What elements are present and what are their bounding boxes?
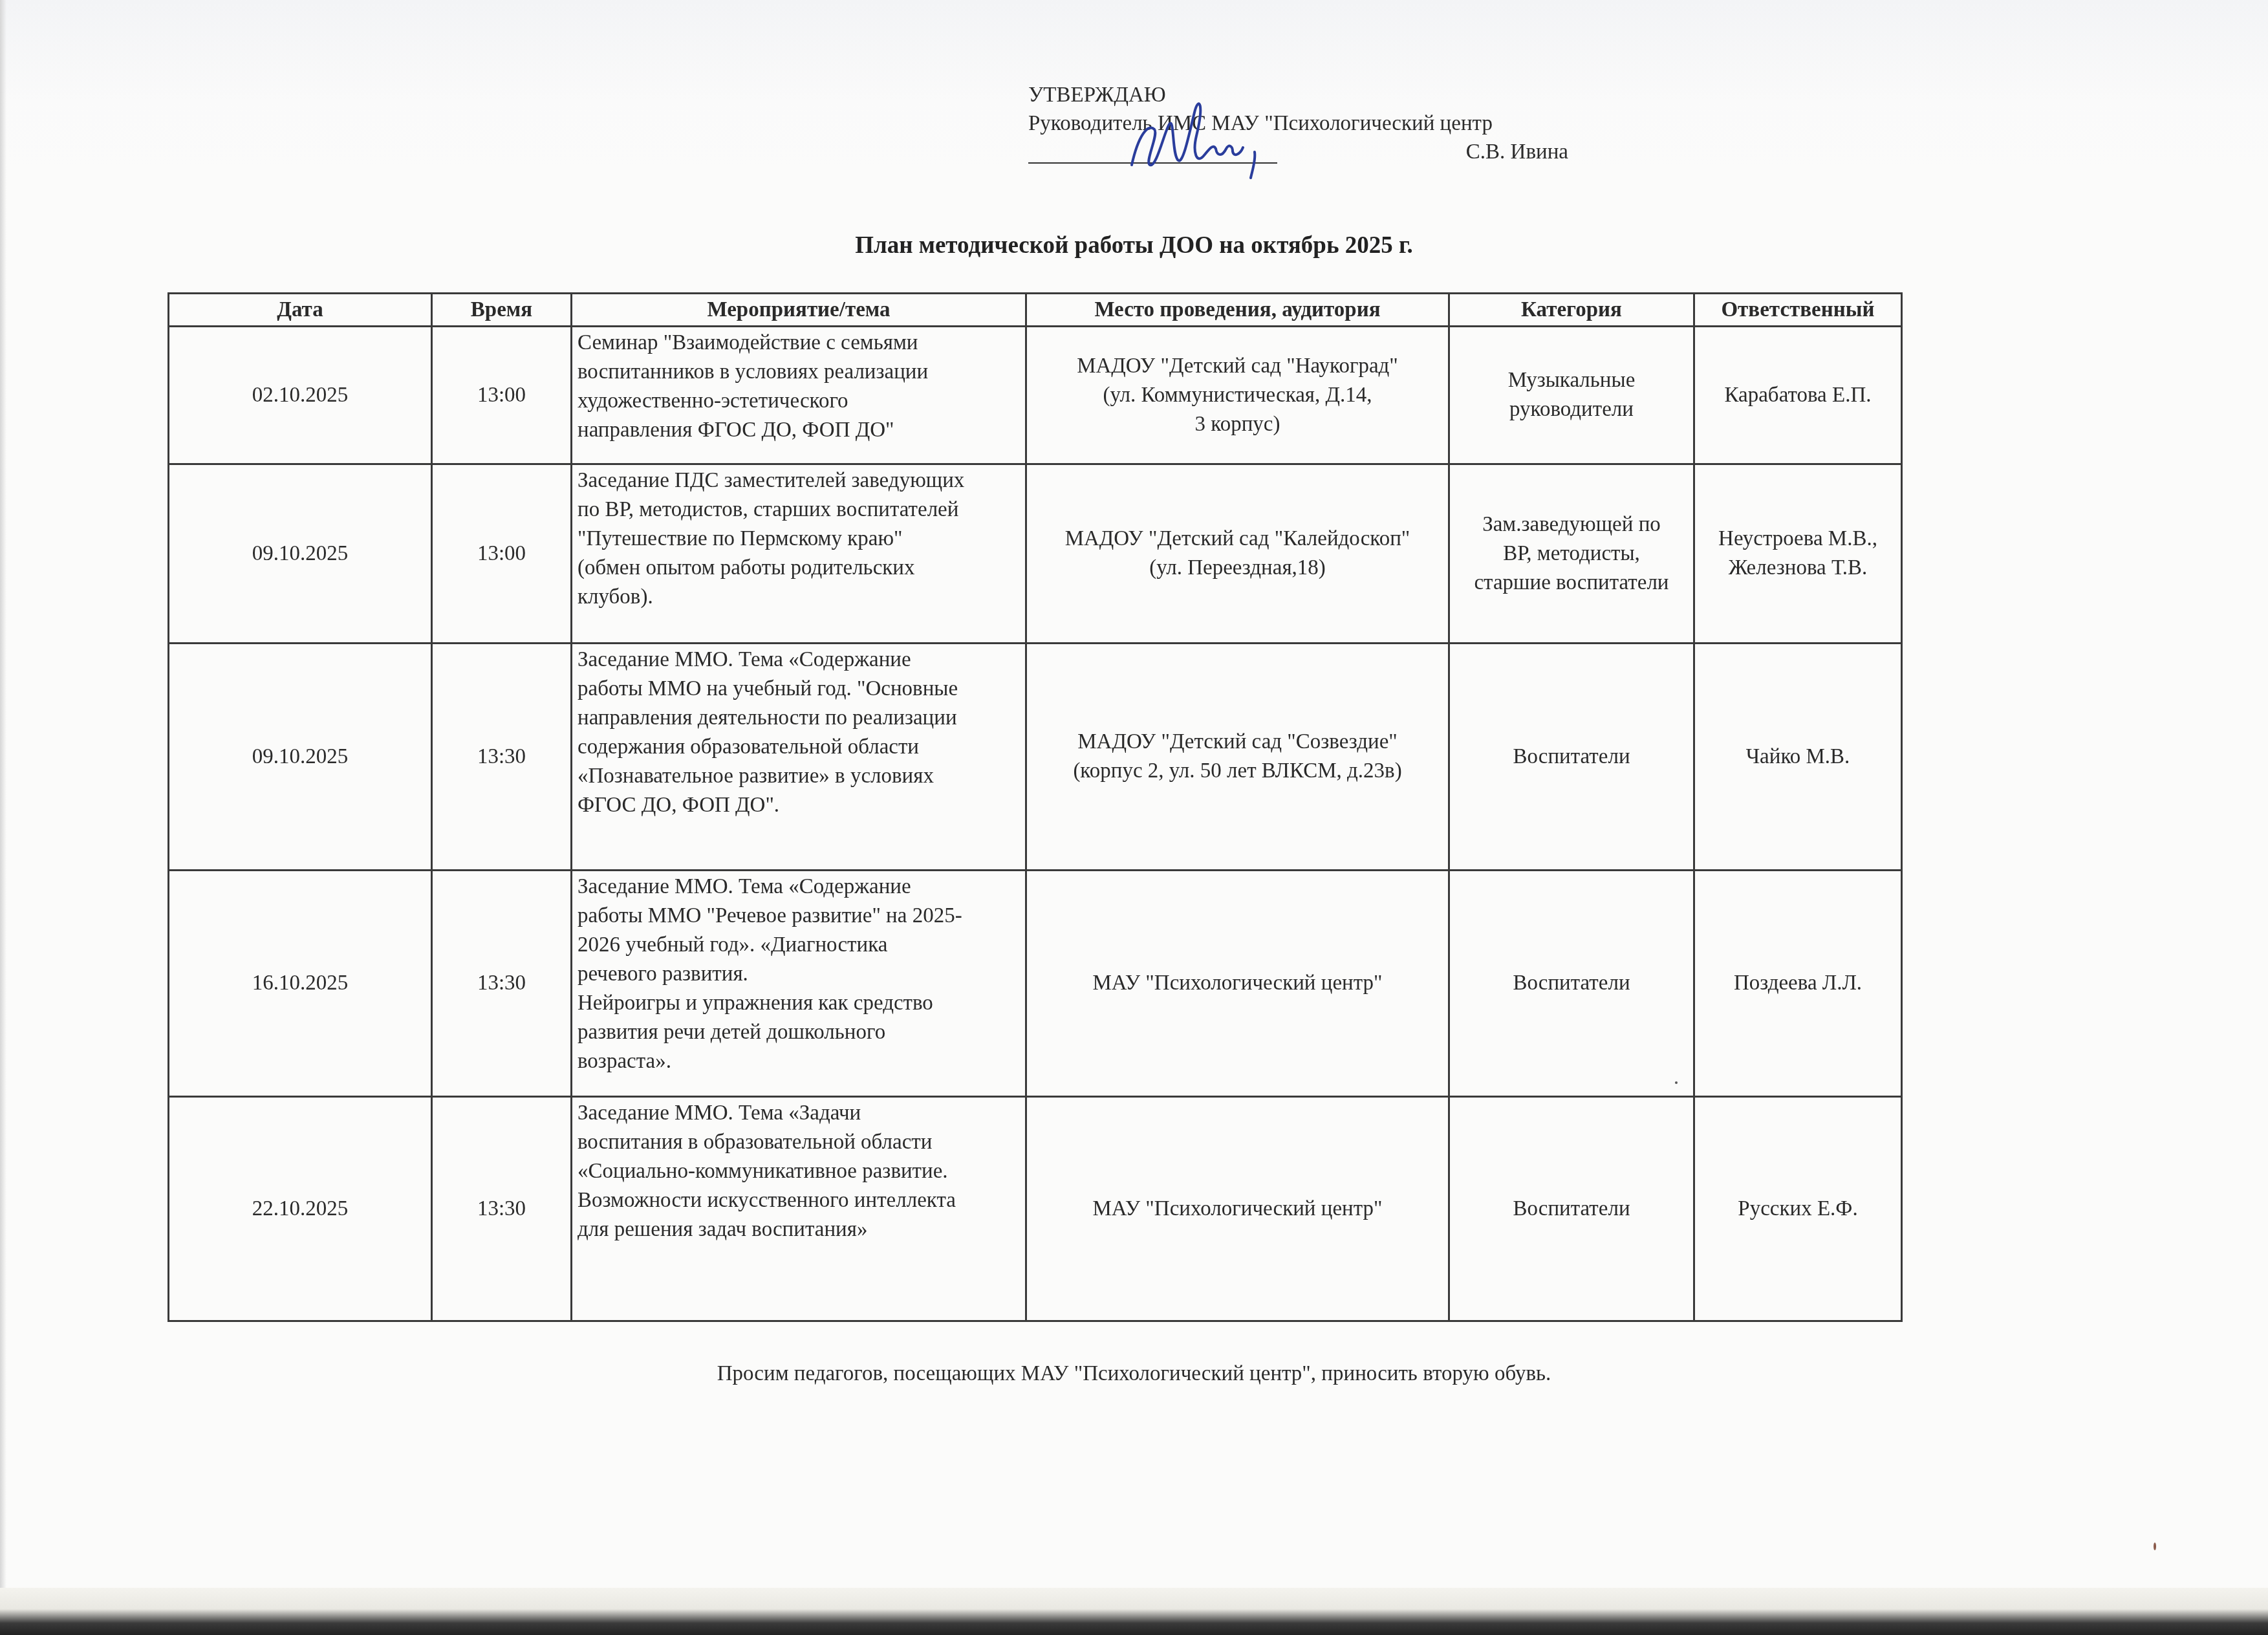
approver-name: С.В. Ивина [1466,138,1568,166]
header-topic: Мероприятие/тема [572,294,1026,327]
table-row: 16.10.2025 13:30 Заседание ММО. Тема «Со… [169,871,1902,1097]
header-category: Категория [1449,294,1694,327]
cell-date: 09.10.2025 [169,464,432,644]
cell-place: МАДОУ "Детский сад "Калейдоскоп" (ул. Пе… [1026,464,1449,644]
cell-time: 13:00 [432,327,572,464]
cell-category: Воспитатели [1449,644,1694,871]
cell-responsible: Поздеева Л.Л. [1694,871,1902,1097]
cell-place: МАУ "Психологический центр" [1026,871,1449,1097]
header-time: Время [432,294,572,327]
cell-date: 02.10.2025 [169,327,432,464]
cell-time: 13:00 [432,464,572,644]
table-row: 09.10.2025 13:30 Заседание ММО. Тема «Со… [169,644,1902,871]
cell-time: 13:30 [432,1097,572,1321]
cell-category: Зам.заведующей по ВР, методисты, старшие… [1449,464,1694,644]
cell-date: 16.10.2025 [169,871,432,1097]
approval-signature-line: С.В. Ивина [1028,138,1591,170]
cell-topic: Заседание ПДС заместителей заведующих по… [572,464,1026,644]
header-date: Дата [169,294,432,327]
header-place: Место проведения, аудитория [1026,294,1449,327]
signature-icon [1119,84,1287,181]
table-row: 02.10.2025 13:00 Семинар "Взаимодействие… [169,327,1902,464]
approval-stamp: УТВЕРЖДАЮ [1028,81,1591,109]
plan-table: Дата Время Мероприятие/тема Место провед… [167,292,1903,1322]
cell-responsible: Неустроева М.В., Железнова Т.В. [1694,464,1902,644]
cell-responsible: Русских Е.Ф. [1694,1097,1902,1321]
approval-position: Руководитель ИМС МАУ "Психологический це… [1028,109,1591,138]
scan-shadow-bottom [0,1588,2268,1635]
scan-speck [2154,1543,2156,1550]
cell-topic: Заседание ММО. Тема «Содержание работы М… [572,644,1026,871]
table-row: 22.10.2025 13:30 Заседание ММО. Тема «За… [169,1097,1902,1321]
cell-place: МАДОУ "Детский сад "Созвездие" (корпус 2… [1026,644,1449,871]
cell-responsible: Карабатова Е.П. [1694,327,1902,464]
table-row: 09.10.2025 13:00 Заседание ПДС заместите… [169,464,1902,644]
cell-category: Воспитатели [1449,871,1694,1097]
cell-category: Воспитатели [1449,1097,1694,1321]
cell-place: МАДОУ "Детский сад "Наукоград" (ул. Комм… [1026,327,1449,464]
footer-note: Просим педагогов, посещающих МАУ "Психол… [0,1362,2268,1386]
cell-responsible: Чайко М.В. [1694,644,1902,871]
cell-topic: Заседание ММО. Тема «Содержание работы М… [572,871,1026,1097]
cell-category: Музыкальные руководители [1449,327,1694,464]
document-title: План методической работы ДОО на октябрь … [0,232,2268,259]
cell-date: 22.10.2025 [169,1097,432,1321]
cell-place: МАУ "Психологический центр" [1026,1097,1449,1321]
header-responsible: Ответственный [1694,294,1902,327]
cell-time: 13:30 [432,644,572,871]
scan-speck [1675,1081,1678,1084]
cell-topic: Заседание ММО. Тема «Задачи воспитания в… [572,1097,1026,1321]
approval-block: УТВЕРЖДАЮ Руководитель ИМС МАУ "Психолог… [1028,81,1591,170]
table-header-row: Дата Время Мероприятие/тема Место провед… [169,294,1902,327]
cell-topic: Семинар "Взаимодействие с семьями воспит… [572,327,1026,464]
cell-time: 13:30 [432,871,572,1097]
cell-date: 09.10.2025 [169,644,432,871]
